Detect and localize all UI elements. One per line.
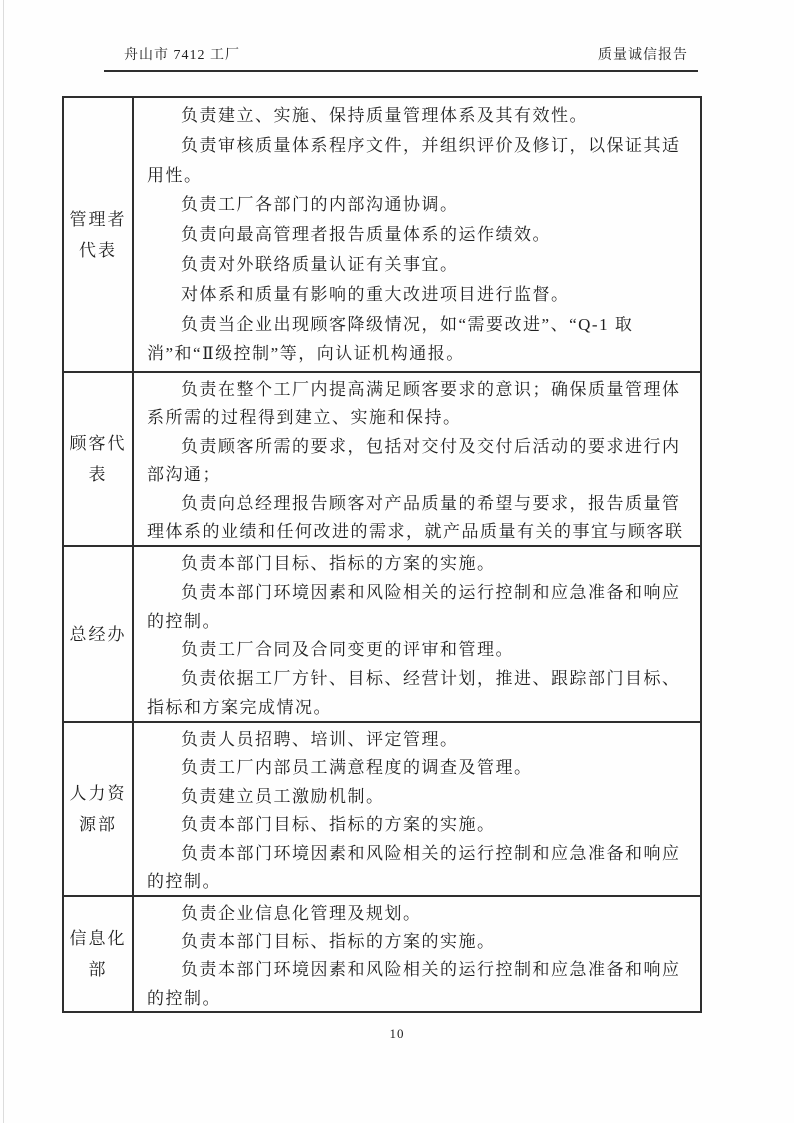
scan-edge [3, 0, 4, 1123]
responsibility-paragraph: 负责在整个工厂内提高满足顾客要求的意识；确保质量管理体系所需的过程得到建立、实施… [147, 376, 688, 433]
header-report-title: 质量诚信报告 [598, 44, 688, 64]
responsibility-paragraph: 对体系和质量有影响的重大改进项目进行监督。 [147, 280, 688, 310]
responsibility-paragraph: 负责建立员工激励机制。 [147, 783, 688, 811]
responsibilities-cell: 负责在整个工厂内提高满足顾客要求的意识；确保质量管理体系所需的过程得到建立、实施… [134, 373, 700, 545]
role-cell: 信息化 部 [64, 897, 134, 1011]
role-label: 管理者 代表 [70, 204, 127, 266]
responsibility-paragraph: 负责向最高管理者报告质量体系的运作绩效。 [147, 220, 688, 250]
role-label: 信息化 部 [70, 923, 127, 985]
header-company-name: 舟山市 7412 工厂 [124, 44, 240, 64]
responsibilities-table: 管理者 代表 负责建立、实施、保持质量管理体系及其有效性。 负责审核质量体系程序… [62, 96, 702, 1013]
responsibility-paragraph: 负责工厂内部员工满意程度的调查及管理。 [147, 754, 688, 782]
table-row: 管理者 代表 负责建立、实施、保持质量管理体系及其有效性。 负责审核质量体系程序… [64, 98, 700, 371]
table-row: 人力资 源部 负责人员招聘、培训、评定管理。 负责工厂内部员工满意程度的调查及管… [64, 721, 700, 895]
role-cell: 人力资 源部 [64, 723, 134, 895]
responsibility-paragraph: 负责本部门目标、指标的方案的实施。 [147, 811, 688, 839]
responsibility-paragraph: 负责企业信息化管理及规划。 [147, 900, 688, 928]
responsibility-paragraph: 负责顾客所需的要求，包括对交付及交付后活动的要求进行内部沟通； [147, 433, 688, 490]
responsibility-paragraph: 负责本部门环境因素和风险相关的运行控制和应急准备和响应的控制。 [147, 840, 688, 895]
responsibility-paragraph: 负责人员招聘、培训、评定管理。 [147, 726, 688, 754]
role-cell: 顾客代 表 [64, 373, 134, 545]
responsibilities-cell: 负责人员招聘、培训、评定管理。 负责工厂内部员工满意程度的调查及管理。 负责建立… [134, 723, 700, 895]
responsibility-paragraph: 负责对外联络质量认证有关事宜。 [147, 250, 688, 280]
table-row: 总经办 负责本部门目标、指标的方案的实施。 负责本部门环境因素和风险相关的运行控… [64, 545, 700, 721]
document-page: 舟山市 7412 工厂 质量诚信报告 管理者 代表 负责建立、实施、保持质量管理… [0, 0, 794, 1123]
table-row: 顾客代 表 负责在整个工厂内提高满足顾客要求的意识；确保质量管理体系所需的过程得… [64, 371, 700, 545]
responsibilities-cell: 负责本部门目标、指标的方案的实施。 负责本部门环境因素和风险相关的运行控制和应急… [134, 547, 700, 721]
page-number: 10 [390, 1026, 405, 1041]
responsibility-paragraph: 负责建立、实施、保持质量管理体系及其有效性。 [147, 101, 688, 131]
responsibility-paragraph: 负责本部门目标、指标的方案的实施。 [147, 928, 688, 956]
responsibility-paragraph: 负责工厂各部门的内部沟通协调。 [147, 190, 688, 220]
responsibilities-cell: 负责企业信息化管理及规划。 负责本部门目标、指标的方案的实施。 负责本部门环境因… [134, 897, 700, 1011]
responsibility-paragraph: 负责审核质量体系程序文件，并组织评价及修订，以保证其适用性。 [147, 131, 688, 191]
role-label: 总经办 [70, 619, 127, 650]
table-row: 信息化 部 负责企业信息化管理及规划。 负责本部门目标、指标的方案的实施。 负责… [64, 895, 700, 1011]
page-header: 舟山市 7412 工厂 质量诚信报告 [104, 44, 698, 72]
role-label: 人力资 源部 [70, 778, 127, 840]
page-footer: 10 [0, 1026, 794, 1042]
responsibility-paragraph: 负责当企业出现顾客降级情况，如“需要改进”、“Q-1 取消”和“Ⅱ级控制”等，向… [147, 310, 688, 370]
role-cell: 总经办 [64, 547, 134, 721]
responsibility-paragraph: 负责依据工厂方针、目标、经营计划，推进、跟踪部门目标、指标和方案完成情况。 [147, 665, 688, 721]
responsibility-paragraph: 负责向总经理报告顾客对产品质量的希望与要求，报告质量管理体系的业绩和任何改进的需… [147, 490, 688, 545]
responsibility-paragraph: 负责本部门目标、指标的方案的实施。 [147, 550, 688, 579]
role-cell: 管理者 代表 [64, 98, 134, 371]
responsibility-paragraph: 负责本部门环境因素和风险相关的运行控制和应急准备和响应的控制。 [147, 956, 688, 1011]
responsibilities-cell: 负责建立、实施、保持质量管理体系及其有效性。 负责审核质量体系程序文件，并组织评… [134, 98, 700, 371]
responsibility-paragraph: 负责工厂合同及合同变更的评审和管理。 [147, 636, 688, 665]
role-label: 顾客代 表 [70, 428, 127, 490]
responsibility-paragraph: 负责本部门环境因素和风险相关的运行控制和应急准备和响应的控制。 [147, 579, 688, 637]
